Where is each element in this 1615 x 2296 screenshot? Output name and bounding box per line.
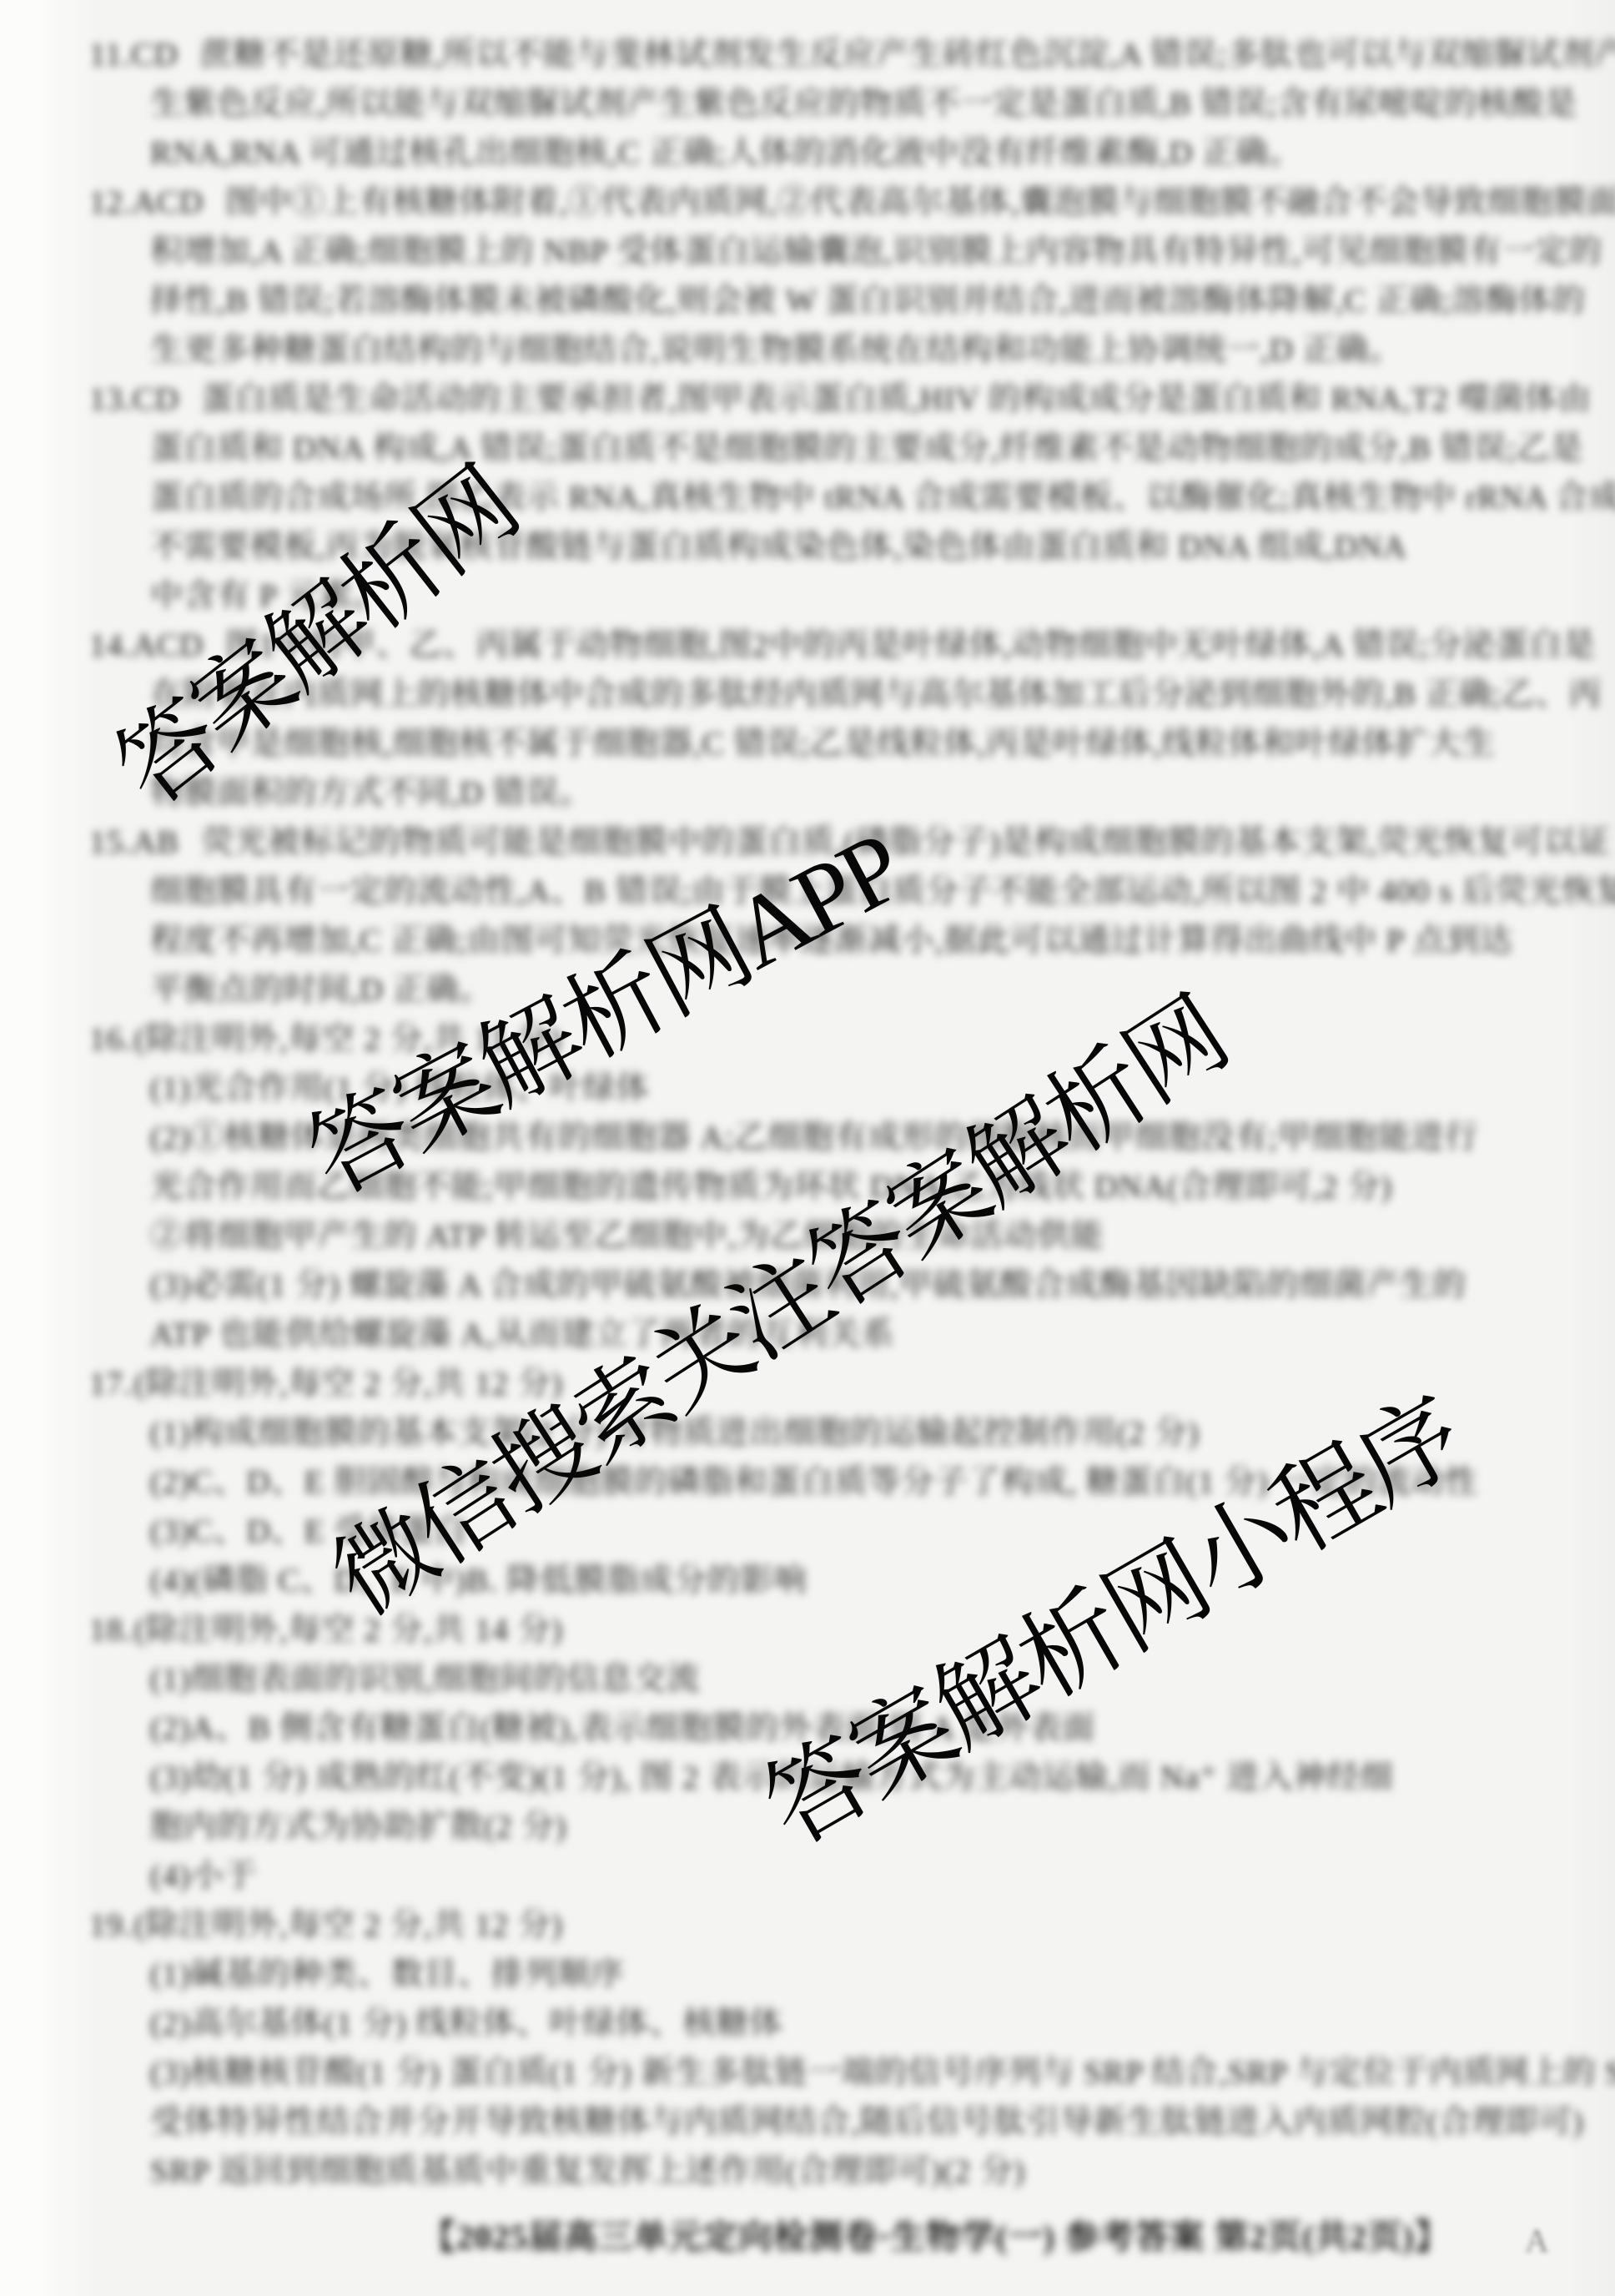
page-corner-mark: A: [1525, 2221, 1549, 2260]
answer-line: (1)构成细胞膜的基本支架(2 分) 对物质进出细胞的运输起控制作用(2 分): [89, 1408, 1541, 1458]
answer-item-11: 11.CD蔗糖不是还原糖,所以不能与斐林试剂发生反应产生砖红色沉淀,A 错误;多…: [89, 30, 1541, 178]
answer-line-text: (除注明外,每空 2 分,共 12 分): [134, 1366, 563, 1402]
item-number-label: 15.AB: [89, 818, 179, 867]
answer-line: 受体特异性结合并分开导致核糖体与内质网结合,随后信号肽引导新生肽链进入内质网腔(…: [89, 2097, 1541, 2147]
answer-item-14: 14.ACD图1中的甲、乙、丙属于动物细胞,图2中的丙是叶绿体,动物细胞中无叶绿…: [89, 621, 1541, 818]
answer-line-text: 蔗糖不是还原糖,所以不能与斐林试剂发生反应产生砖红色沉淀,A 错误;多肽也可以与…: [199, 37, 1615, 73]
answer-item-18: 18.(除注明外,每空 2 分,共 14 分)(1)细胞表面的识别,细胞间的信息…: [89, 1605, 1541, 1901]
answer-line: (1)光合作用(1 分) 线粒体、叶绿体: [89, 1064, 1541, 1113]
answer-line: 中含有 P 元素。: [89, 571, 1541, 621]
answer-line-text: 荧光被标记的物质可能是细胞膜中的蛋白质,(磷脂分子)是构成细胞膜的基本支架,荧光…: [201, 824, 1610, 860]
answer-line: SRP 返回到细胞质基质中重复发挥上述作用(合理即可)(2 分): [89, 2147, 1541, 2196]
answer-line: (3)C、D、E 受体蛋白: [89, 1507, 1541, 1556]
item-number-label: 18.: [89, 1605, 133, 1654]
answer-item-12: 12.ACD图中①上有核糖体附着,①代表内质网,②代表高尔基体,囊泡膜与细胞膜不…: [89, 178, 1541, 375]
footer-title: 【2025届高三单元定向检测卷·生物学(一) 参考答案 第2页(共2页)】: [421, 2218, 1450, 2256]
answer-line: (4)(磷脂 C、D、E 中)B. 降低膜脂成分的影响: [89, 1556, 1541, 1605]
answer-line: 蛋白质的合成场所,图乙表示 RNA,真核生物中 tRNA 合成需要模板、以酶催化…: [89, 473, 1541, 522]
answer-item-16: 16.(除注明外,每空 2 分,共 11 分)(1)光合作用(1 分) 线粒体、…: [89, 1015, 1541, 1359]
answer-line: (1)细胞表面的识别,细胞间的信息交流: [89, 1654, 1541, 1704]
answer-line: (1)碱基的种类、数目、排列顺序: [89, 1950, 1541, 1999]
answer-line: 在附着在内质网上的核糖体中合成的多肽经内质网与高尔基体加工后分泌到细胞外的,B …: [89, 670, 1541, 719]
answer-line: (3)核糖核苷酸(1 分) 蛋白质(1 分) 新生多肽链一端的信号序列与 SRP…: [89, 2048, 1541, 2097]
item-number-label: 13.CD: [89, 375, 179, 424]
answer-line-text: 图1中的甲、乙、丙属于动物细胞,图2中的丙是叶绿体,动物细胞中无叶绿体,A 错误…: [225, 627, 1596, 663]
answer-line: (2)A、B 侧含有糖蛋白(糖被),表示细胞膜的外表面,则 A 是外表面: [89, 1704, 1541, 1753]
answer-line-text: (除注明外,每空 2 分,共 11 分): [134, 1021, 562, 1057]
answer-line: RNA,RNA 可通过核孔出细胞核,C 正确;人体的消化液中没有纤维素酶,D 正…: [89, 128, 1541, 178]
answer-line: 物膜面积的方式不同,D 错误。: [89, 768, 1541, 818]
answer-line: (3)必需(1 分) 螺旋藻 A 合成的甲硫氨酸被细菌利用,甲硫氨酸合成酶基因缺…: [89, 1261, 1541, 1310]
answer-line: 生更多种糖蛋白结构的与细胞结合,说明生物膜系统在结构和功能上协调统一,D 正确。: [89, 325, 1541, 375]
answer-item-17: 17.(除注明外,每空 2 分,共 12 分)(1)构成细胞膜的基本支架(2 分…: [89, 1359, 1541, 1605]
answer-line: (3)幼(1 分) 成熟的红(不变)(1 分), 图 2 表示的运输方式为主动运…: [89, 1753, 1541, 1802]
answer-line-text: (除注明外,每空 2 分,共 14 分): [134, 1612, 563, 1648]
answer-line: ATP 也能供给螺旋藻 A,从而建立了两者的互利关系: [89, 1310, 1541, 1359]
answer-line: 程度不再增加,C 正确;由图可知荧光恢复速率逐渐减小,据此可以通过计算得出曲线中…: [89, 916, 1541, 965]
answer-line: 14.ACD图1中的甲、乙、丙属于动物细胞,图2中的丙是叶绿体,动物细胞中无叶绿…: [89, 621, 1541, 670]
answer-line: 平衡点的时间,D 正确。: [89, 965, 1541, 1015]
page-footer: 【2025届高三单元定向检测卷·生物学(一) 参考答案 第2页(共2页)】: [421, 2209, 1450, 2258]
answer-line: 择性,B 错误;若溶酶体膜未被磷酸化,则会被 W 蛋白识别并结合,进而被溶酶体降…: [89, 276, 1541, 325]
item-number-label: 17.: [89, 1359, 133, 1408]
answer-line: (2)①核糖体是两类细胞共有的细胞器 A;乙细胞有成形的细胞核而甲细胞没有;甲细…: [89, 1113, 1541, 1162]
item-number-label: 12.ACD: [89, 178, 204, 227]
answer-line: 生紫色反应,所以能与双缩脲试剂产生紫色反应的物质不一定是蛋白质,B 错误;含有尿…: [89, 79, 1541, 128]
answer-line: 11.CD蔗糖不是还原糖,所以不能与斐林试剂发生反应产生砖红色沉淀,A 错误;多…: [89, 30, 1541, 79]
item-number-label: 11.CD: [89, 30, 178, 79]
answer-line: 胞内的方式为协助扩散(2 分): [89, 1802, 1541, 1851]
answer-line: 17.(除注明外,每空 2 分,共 12 分): [89, 1359, 1541, 1408]
answer-item-19: 19.(除注明外,每空 2 分,共 12 分)(1)碱基的种类、数目、排列顺序(…: [89, 1901, 1541, 2196]
answer-line: ②将细胞甲产生的 ATP 转运至乙细胞中,为乙细胞的生命活动供能: [89, 1211, 1541, 1261]
answer-line: (4)小于: [89, 1851, 1541, 1901]
item-number-label: 19.: [89, 1901, 133, 1950]
answer-text-column: 11.CD蔗糖不是还原糖,所以不能与斐林试剂发生反应产生砖红色沉淀,A 错误;多…: [89, 30, 1541, 2196]
item-number-label: 16.: [89, 1015, 133, 1064]
answer-line: 12.ACD图中①上有核糖体附着,①代表内质网,②代表高尔基体,囊泡膜与细胞膜不…: [89, 178, 1541, 227]
answer-sheet-page: 11.CD蔗糖不是还原糖,所以不能与斐林试剂发生反应产生砖红色沉淀,A 错误;多…: [0, 0, 1615, 2296]
answer-line-text: 图中①上有核糖体附着,①代表内质网,②代表高尔基体,囊泡膜与细胞膜不融合不会导致…: [225, 184, 1615, 220]
answer-item-15: 15.AB荧光被标记的物质可能是细胞膜中的蛋白质,(磷脂分子)是构成细胞膜的基本…: [89, 818, 1541, 1015]
answer-line: 15.AB荧光被标记的物质可能是细胞膜中的蛋白质,(磷脂分子)是构成细胞膜的基本…: [89, 818, 1541, 867]
item-number-label: 14.ACD: [89, 621, 204, 670]
answer-line: (2)C、D、E 胆固醇与构成细胞膜的磷脂和蛋白质等分子了构成, 糖蛋白(1 分…: [89, 1458, 1541, 1507]
answer-line: 细胞膜具有一定的流动性,A、B 错误;由于膜上蛋白质分子不能全部运动,所以图 2…: [89, 867, 1541, 916]
answer-line: 18.(除注明外,每空 2 分,共 14 分): [89, 1605, 1541, 1654]
answer-line: 19.(除注明外,每空 2 分,共 12 分): [89, 1901, 1541, 1950]
answer-line: 积增加,A 正确;细胞膜上的 NBP 受体蛋白运输囊泡,识别膜上内容物具有特异性…: [89, 227, 1541, 276]
answer-line: 均含甲是细胞核,细胞核不属于细胞器,C 错误;乙是线粒体,丙是叶绿体,线粒体和叶…: [89, 719, 1541, 768]
answer-line: 16.(除注明外,每空 2 分,共 11 分): [89, 1015, 1541, 1064]
answer-line: 光合作用而乙细胞不能;甲细胞的遗传物质为环状 DNA,乙为线状 DNA(合理即可…: [89, 1162, 1541, 1211]
answer-item-13: 13.CD蛋白质是生命活动的主要承担者,图甲表示蛋白质,HIV 的构成成分是蛋白…: [89, 375, 1541, 621]
answer-line: (2)高尔基体(1 分) 线粒体、叶绿体、核糖体: [89, 1999, 1541, 2048]
answer-line-text: (除注明外,每空 2 分,共 12 分): [134, 1907, 563, 1943]
answer-line-text: 蛋白质是生命活动的主要承担者,图甲表示蛋白质,HIV 的构成成分是蛋白质和 RN…: [201, 381, 1592, 417]
answer-line: 蛋白质和 DNA 构成,A 错误;蛋白质不是细胞膜的主要成分,纤维素不是动物细胞…: [89, 424, 1541, 473]
answer-line: 13.CD蛋白质是生命活动的主要承担者,图甲表示蛋白质,HIV 的构成成分是蛋白…: [89, 375, 1541, 424]
answer-line: 不需要模板,丙为脱氧核苷酸链与蛋白质构成染色体,染色体由蛋白质和 DNA 组成,…: [89, 522, 1541, 571]
